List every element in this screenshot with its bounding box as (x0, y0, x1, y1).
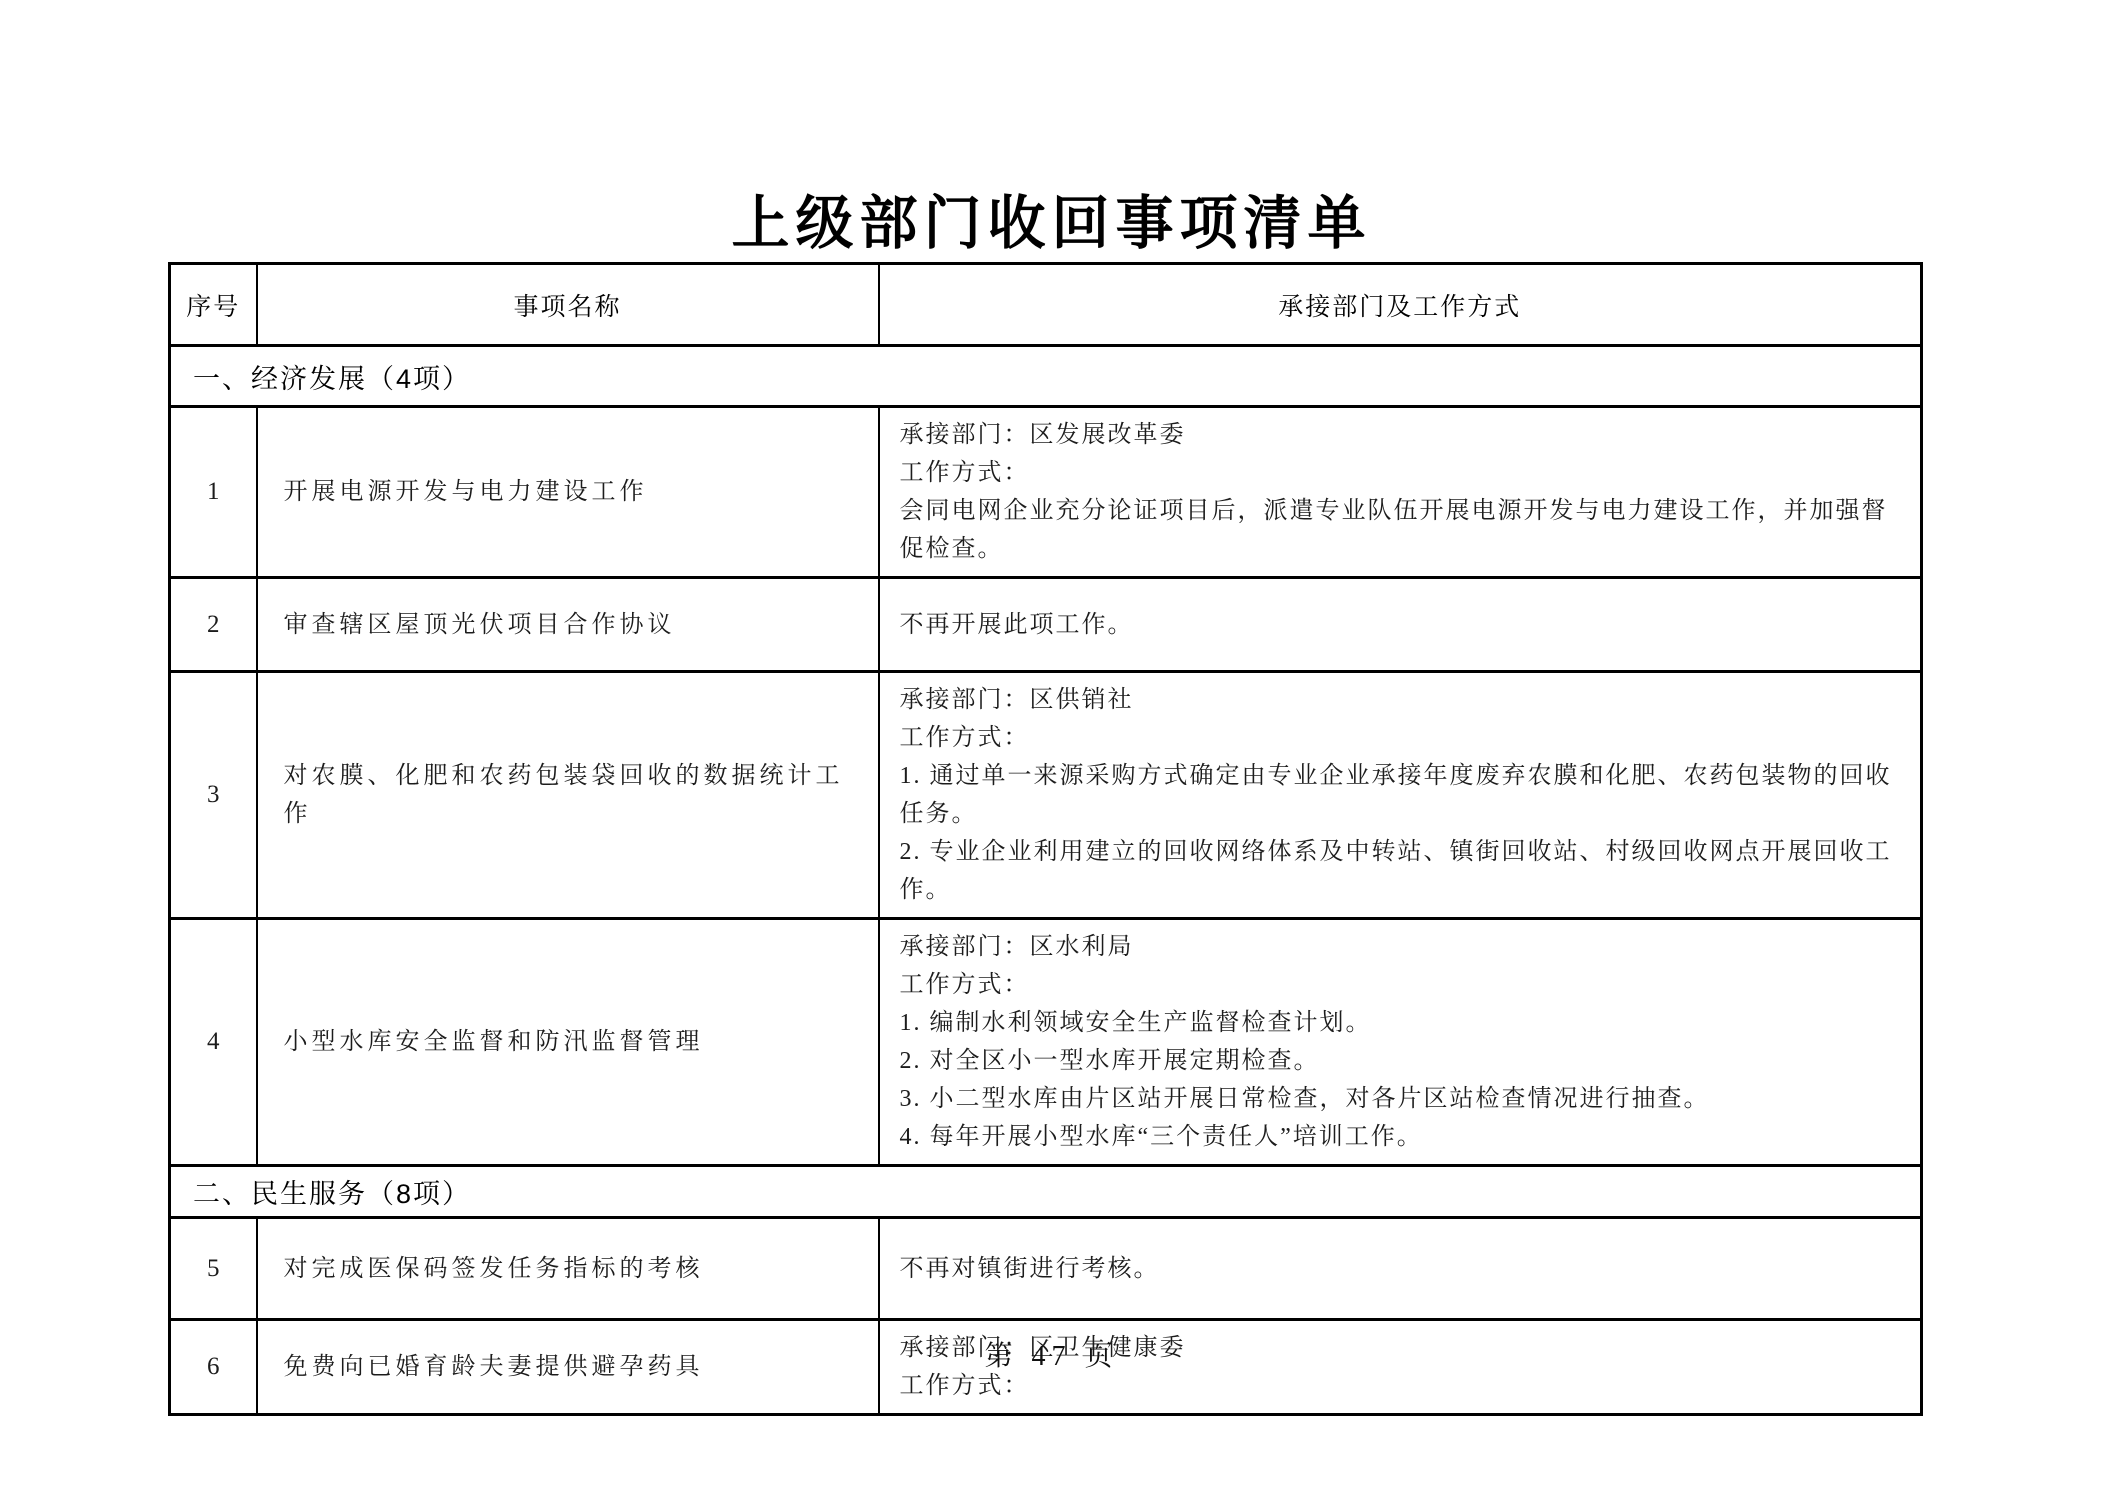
row-seq: 1 (170, 407, 257, 578)
row-seq: 3 (170, 672, 257, 919)
table-header-row: 序号 事项名称 承接部门及工作方式 (170, 264, 1922, 346)
row-seq: 5 (170, 1218, 257, 1320)
items-table: 序号 事项名称 承接部门及工作方式 一、经济发展（4项） 1 开展电源开发与电力… (168, 262, 1923, 1416)
page-number: 第 47 页 (0, 1334, 2103, 1374)
row-seq: 2 (170, 578, 257, 672)
row-seq: 4 (170, 919, 257, 1166)
row-dept: 承接部门：区供销社 工作方式： 1. 通过单一来源采购方式确定由专业企业承接年度… (879, 672, 1922, 919)
row-item: 对农膜、化肥和农药包装袋回收的数据统计工作 (257, 672, 879, 919)
table-row: 4 小型水库安全监督和防汛监督管理 承接部门：区水利局 工作方式： 1. 编制水… (170, 919, 1922, 1166)
row-dept: 承接部门：区发展改革委 工作方式： 会同电网企业充分论证项目后，派遣专业队伍开展… (879, 407, 1922, 578)
section-label-economy: 一、经济发展（4项） (170, 346, 1922, 407)
table-row: 2 审查辖区屋顶光伏项目合作协议 不再开展此项工作。 (170, 578, 1922, 672)
row-dept: 不再对镇街进行考核。 (879, 1218, 1922, 1320)
document-title: 上级部门收回事项清单 (0, 176, 2103, 260)
table-row: 3 对农膜、化肥和农药包装袋回收的数据统计工作 承接部门：区供销社 工作方式： … (170, 672, 1922, 919)
row-item: 对完成医保码签发任务指标的考核 (257, 1218, 879, 1320)
row-dept: 承接部门：区水利局 工作方式： 1. 编制水利领域安全生产监督检查计划。 2. … (879, 919, 1922, 1166)
header-seq: 序号 (170, 264, 257, 346)
row-item: 小型水库安全监督和防汛监督管理 (257, 919, 879, 1166)
row-dept: 不再开展此项工作。 (879, 578, 1922, 672)
header-item-name: 事项名称 (257, 264, 879, 346)
table-row: 1 开展电源开发与电力建设工作 承接部门：区发展改革委 工作方式： 会同电网企业… (170, 407, 1922, 578)
table-row: 5 对完成医保码签发任务指标的考核 不再对镇街进行考核。 (170, 1218, 1922, 1320)
section-row-livelihood: 二、民生服务（8项） (170, 1166, 1922, 1218)
section-label-livelihood: 二、民生服务（8项） (170, 1166, 1922, 1218)
row-item: 开展电源开发与电力建设工作 (257, 407, 879, 578)
header-dept-method: 承接部门及工作方式 (879, 264, 1922, 346)
section-row-economy: 一、经济发展（4项） (170, 346, 1922, 407)
document-page: 上级部门收回事项清单 序号 事项名称 承接部门及工作方式 一、经济发展（4项） … (0, 0, 2103, 1486)
row-item: 审查辖区屋顶光伏项目合作协议 (257, 578, 879, 672)
